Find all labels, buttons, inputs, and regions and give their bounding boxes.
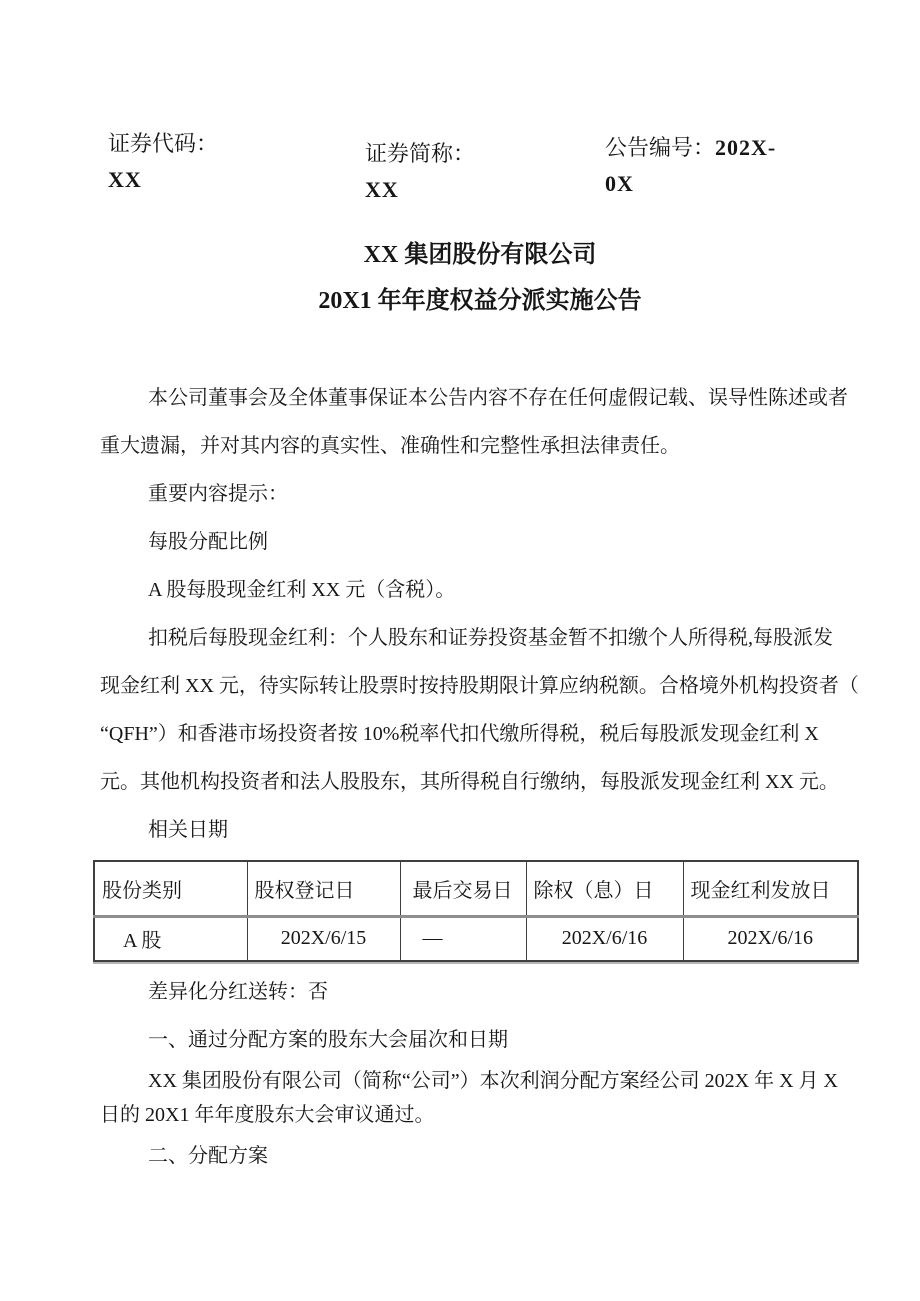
security-name-block: 证券简称： XX: [357, 136, 597, 208]
table-row: A 股 202X/6/15 — 202X/6/16 202X/6/16: [94, 916, 858, 961]
cell-record-date: 202X/6/15: [247, 916, 400, 961]
header-last-trading-date: 最后交易日: [400, 861, 526, 916]
important-notice-heading: 重要内容提示：: [100, 470, 860, 518]
table-header-row: 股份类别 股权登记日 最后交易日 除权（息）日 现金红利发放日: [94, 861, 858, 916]
tax-paragraph-line-4: 元。其他机构投资者和法人股股东，其所得税自行缴纳，每股派发现金红利 XX 元。: [100, 758, 860, 806]
section2-heading: 二、分配方案: [100, 1132, 860, 1180]
announcement-number-value-part2: 0X: [605, 166, 860, 202]
header-share-class: 股份类别: [94, 861, 247, 916]
header-record-date: 股权登记日: [247, 861, 400, 916]
section1-heading: 一、通过分配方案的股东大会届次和日期: [100, 1016, 860, 1064]
section1-line-1: XX 集团股份有限公司（简称“公司”）本次利润分配方案经公司 202X 年 X …: [100, 1064, 860, 1098]
security-code-block: 证券代码： XX: [100, 126, 357, 208]
header-payment-date: 现金红利发放日: [683, 861, 858, 916]
a-share-dividend-item: A 股每股现金红利 XX 元（含税）。: [100, 566, 860, 614]
related-dates-table: 股份类别 股权登记日 最后交易日 除权（息）日 现金红利发放日 A 股 202X…: [93, 860, 859, 962]
header-ex-dividend-date: 除权（息）日: [526, 861, 683, 916]
cell-payment-date: 202X/6/16: [683, 916, 858, 961]
meta-header-row: 证券代码： XX 证券简称： XX 公告编号：202X- 0X: [100, 126, 860, 208]
cell-share-class: A 股: [94, 916, 247, 961]
security-code-value: XX: [108, 162, 357, 198]
announcement-number-block: 公告编号：202X- 0X: [597, 130, 860, 208]
related-dates-heading: 相关日期: [100, 806, 860, 854]
announcement-number-value-part1: 202X-: [715, 135, 776, 160]
announcement-document-page: 证券代码： XX 证券简称： XX 公告编号：202X- 0X XX 集团股份有…: [0, 0, 920, 1301]
declaration-line-2: 重大遗漏，并对其内容的真实性、准确性和完整性承担法律责任。: [100, 422, 860, 470]
announcement-number-line1: 公告编号：202X-: [605, 130, 860, 166]
differentiated-dividend-note: 差异化分红送转：否: [100, 968, 860, 1016]
cell-ex-dividend-date: 202X/6/16: [526, 916, 683, 961]
security-name-value: XX: [365, 172, 597, 208]
security-code-label: 证券代码：: [108, 126, 357, 162]
per-share-ratio-item: 每股分配比例: [100, 518, 860, 566]
section1-line-2: 日的 20X1 年年度股东大会审议通过。: [100, 1098, 860, 1132]
tax-paragraph-line-2: 现金红利 XX 元，待实际转让股票时按持股期限计算应纳税额。合格境外机构投资者（: [100, 662, 860, 710]
cell-last-trading-date: —: [400, 916, 526, 961]
company-name-title: XX 集团股份有限公司: [100, 232, 860, 278]
announcement-number-label: 公告编号：: [605, 135, 715, 160]
announcement-title: 20X1 年年度权益分派实施公告: [100, 278, 860, 324]
declaration-line-1: 本公司董事会及全体董事保证本公告内容不存在任何虚假记载、误导性陈述或者: [100, 374, 860, 422]
document-body: 本公司董事会及全体董事保证本公告内容不存在任何虚假记载、误导性陈述或者 重大遗漏…: [100, 374, 860, 1180]
tax-paragraph-line-1: 扣税后每股现金红利：个人股东和证券投资基金暂不扣缴个人所得税,每股派发: [100, 614, 860, 662]
title-block: XX 集团股份有限公司 20X1 年年度权益分派实施公告: [100, 232, 860, 324]
security-name-label: 证券简称：: [365, 136, 597, 172]
tax-paragraph-line-3: “QFH”）和香港市场投资者按 10%税率代扣代缴所得税，税后每股派发现金红利 …: [100, 710, 860, 758]
